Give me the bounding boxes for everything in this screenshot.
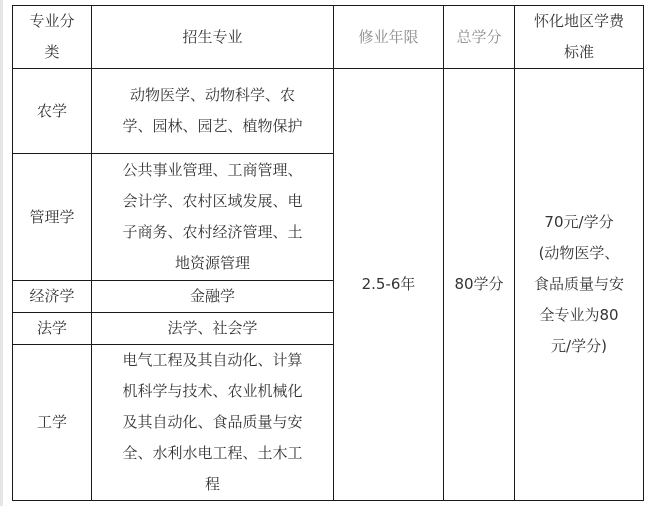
fee-cell: 70元/学分 (动物医学、 食品质量与安 全专业为80 元/学分) [515, 69, 644, 501]
header-row: 专业分 类 招生专业 修业年限 总学分 怀化地区学费 标准 [13, 6, 644, 69]
enrollment-fee-table: 专业分 类 招生专业 修业年限 总学分 怀化地区学费 标准 农学 动物医学、动物… [12, 5, 644, 501]
majors-cell: 金融学 [92, 281, 334, 313]
table-row: 农学 动物医学、动物科学、农 学、园林、园艺、植物保护 2.5-6年 80学分 … [13, 69, 644, 154]
majors-cell: 动物医学、动物科学、农 学、园林、园艺、植物保护 [92, 69, 334, 154]
header-credits: 总学分 [444, 6, 515, 69]
credits-cell: 80学分 [444, 69, 515, 501]
category-cell: 工学 [13, 345, 92, 501]
header-duration: 修业年限 [334, 6, 444, 69]
header-majors: 招生专业 [92, 6, 334, 69]
category-cell: 经济学 [13, 281, 92, 313]
category-cell: 管理学 [13, 154, 92, 281]
header-category: 专业分 类 [13, 6, 92, 69]
majors-cell: 法学、社会学 [92, 313, 334, 345]
header-fee: 怀化地区学费 标准 [515, 6, 644, 69]
majors-cell: 电气工程及其自动化、计算 机科学与技术、农业机械化 及其自动化、食品质量与安 全… [92, 345, 334, 501]
duration-cell: 2.5-6年 [334, 69, 444, 501]
page-left-border [0, 0, 3, 506]
majors-cell: 公共事业管理、工商管理、 会计学、农村区域发展、电 子商务、农村经济管理、土 地… [92, 154, 334, 281]
category-cell: 法学 [13, 313, 92, 345]
category-cell: 农学 [13, 69, 92, 154]
